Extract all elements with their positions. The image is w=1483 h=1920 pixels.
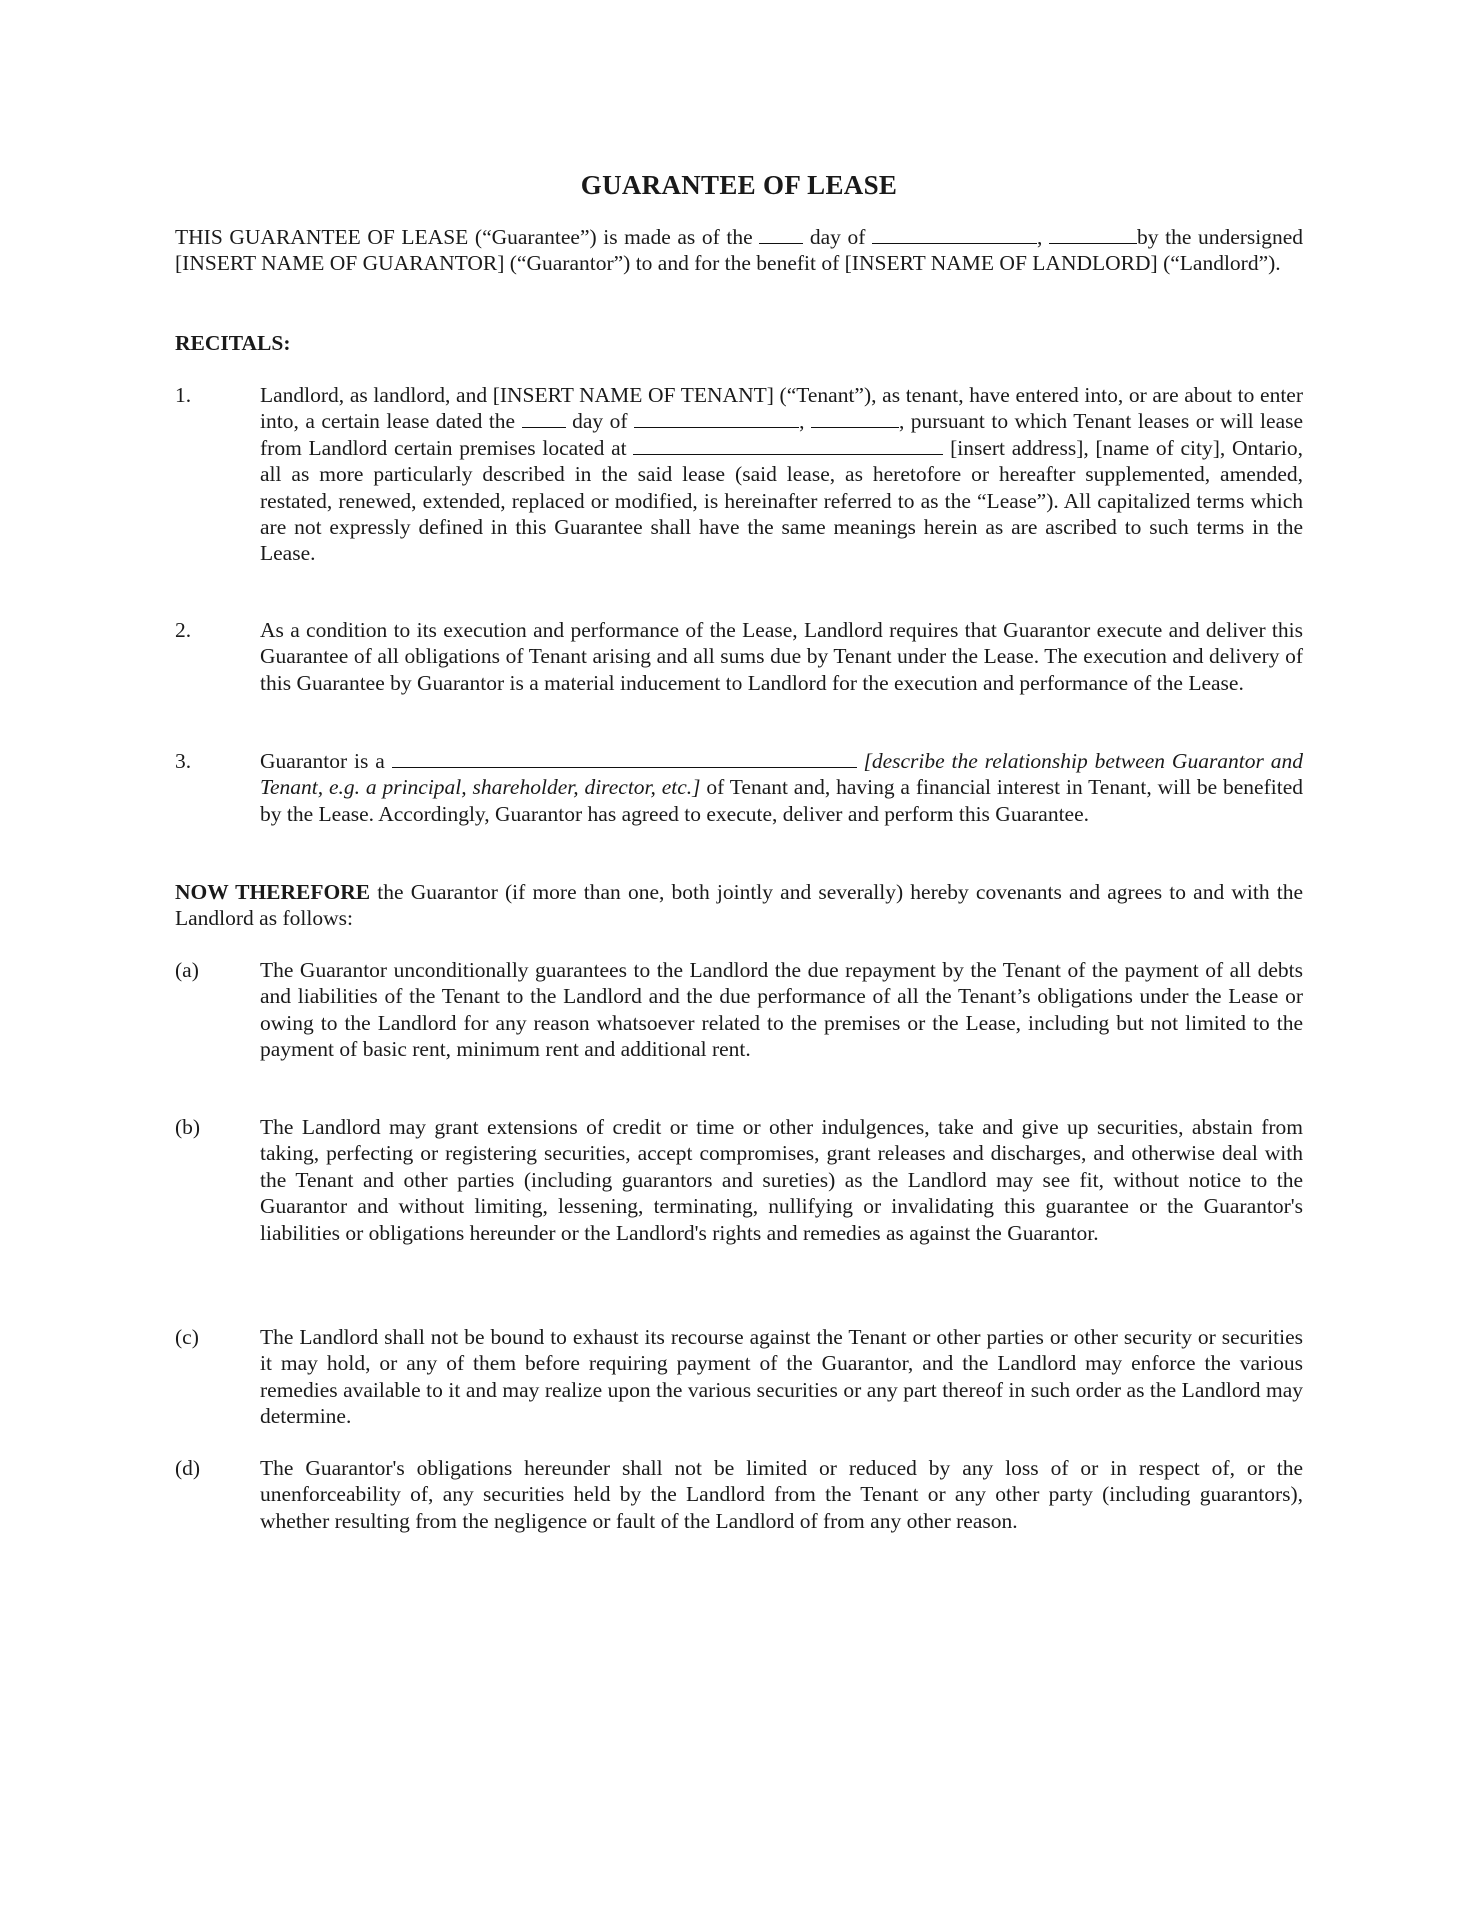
- relationship-blank: [392, 749, 857, 768]
- recital-number: 1.: [175, 382, 191, 408]
- recitals-heading: RECITALS:: [175, 330, 291, 356]
- month-blank: [872, 225, 1037, 244]
- day-blank: [759, 225, 803, 244]
- recital-text: As a condition to its execution and perf…: [260, 617, 1303, 696]
- lease-year-blank: [811, 409, 899, 428]
- clause-item: (a) The Guarantor unconditionally guaran…: [175, 957, 1303, 1063]
- recital-text: Guarantor is a [describe the relationshi…: [260, 748, 1303, 827]
- intro-paragraph: THIS GUARANTEE OF LEASE (“Guarantee”) is…: [175, 224, 1303, 277]
- clause-label: (d): [175, 1455, 200, 1481]
- year-blank: [1049, 225, 1137, 244]
- recital-item: 1. Landlord, as landlord, and [INSERT NA…: [175, 382, 1303, 567]
- recital-text: Landlord, as landlord, and [INSERT NAME …: [260, 382, 1303, 567]
- clause-label: (a): [175, 957, 199, 983]
- now-therefore-paragraph: NOW THEREFORE the Guarantor (if more tha…: [175, 879, 1303, 932]
- clause-item: (c) The Landlord shall not be bound to e…: [175, 1324, 1303, 1430]
- clause-text: The Landlord may grant extensions of cre…: [260, 1114, 1303, 1246]
- recital-number: 2.: [175, 617, 191, 643]
- recital-item: 2. As a condition to its execution and p…: [175, 617, 1303, 696]
- clause-text: The Guarantor's obligations hereunder sh…: [260, 1455, 1303, 1534]
- lease-month-blank: [634, 409, 799, 428]
- clause-item: (d) The Guarantor's obligations hereunde…: [175, 1455, 1303, 1534]
- address-blank: [633, 436, 943, 455]
- recital-item: 3. Guarantor is a [describe the relation…: [175, 748, 1303, 827]
- clause-text: The Guarantor unconditionally guarantees…: [260, 957, 1303, 1063]
- clause-label: (c): [175, 1324, 199, 1350]
- lease-day-blank: [522, 409, 566, 428]
- recital-number: 3.: [175, 748, 191, 774]
- clause-item: (b) The Landlord may grant extensions of…: [175, 1114, 1303, 1246]
- clause-label: (b): [175, 1114, 200, 1140]
- document-title: GUARANTEE OF LEASE: [175, 170, 1303, 201]
- clause-text: The Landlord shall not be bound to exhau…: [260, 1324, 1303, 1430]
